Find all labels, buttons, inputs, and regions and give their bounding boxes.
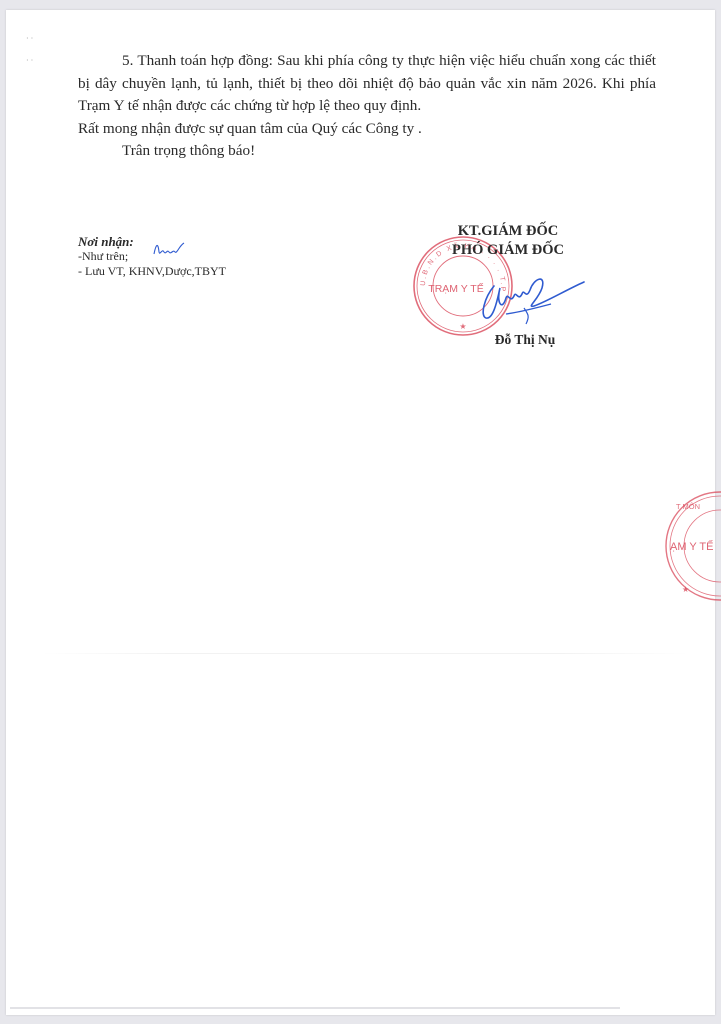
partial-stamp-icon: T MÔN ẠM Y TẾ ★ — [662, 488, 721, 604]
scan-specks: · ·· · — [26, 28, 33, 72]
signature-title-1: KT.GIÁM ĐỐC — [410, 222, 606, 241]
closing-paragraph: Trân trọng thông báo! — [78, 140, 656, 163]
signature-block: KT.GIÁM ĐỐC PHÓ GIÁM ĐỐC — [410, 222, 606, 260]
document-page: · ·· · 5. Thanh toán hợp đồng: Sau khi p… — [6, 10, 715, 1015]
hope-paragraph: Rất mong nhận được sự quan tâm của Quý c… — [78, 118, 656, 141]
page-bottom-edge — [10, 1007, 620, 1009]
initials-signature-icon — [152, 240, 186, 258]
scan-artifact-line — [40, 653, 690, 654]
payment-paragraph: 5. Thanh toán hợp đồng: Sau khi phía côn… — [78, 50, 656, 118]
signer-name: Đỗ Thị Nụ — [470, 332, 580, 348]
svg-text:★: ★ — [682, 585, 689, 594]
svg-text:ẠM Y TẾ: ẠM Y TẾ — [670, 540, 713, 553]
recipient-item: - Lưu VT, KHNV,Dược,TBYT — [78, 264, 226, 279]
signature-title-2: PHÓ GIÁM ĐỐC — [410, 241, 606, 260]
svg-text:T MÔN: T MÔN — [676, 502, 700, 511]
document-body: 5. Thanh toán hợp đồng: Sau khi phía côn… — [78, 50, 656, 163]
handwritten-signature-icon — [476, 268, 588, 328]
svg-text:★: ★ — [459, 322, 466, 331]
